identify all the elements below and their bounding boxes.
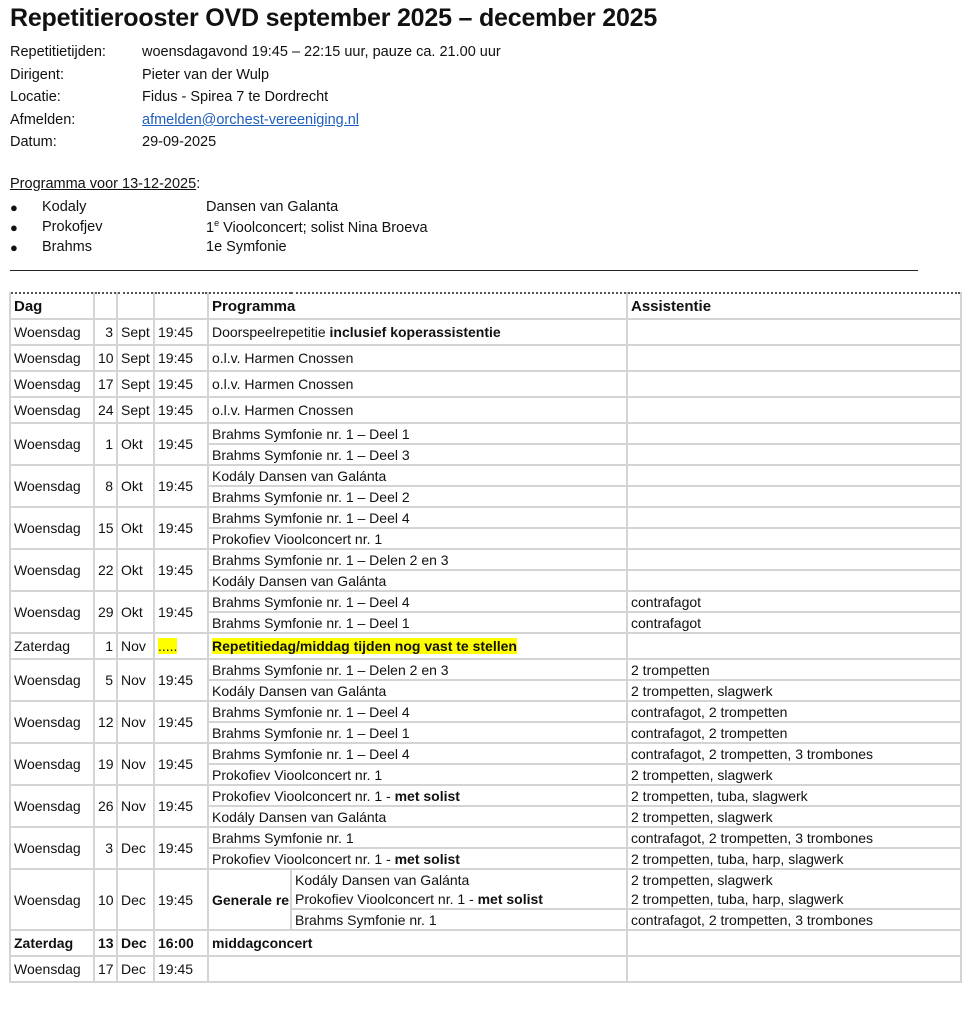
date-number-cell: 29 [94, 591, 117, 633]
assist-cell: 2 trompetten, slagwerk [627, 680, 961, 701]
time-text: 19:45 [158, 756, 193, 772]
programme-text: Brahms Symfonie nr. 1 – Deel 1 [212, 725, 410, 741]
time-cell: 19:45 [154, 591, 208, 633]
programme-cell: Brahms Symfonie nr. 1 – Deel 4 [208, 743, 627, 764]
programme-heading: Programma voor 13-12-2025: [10, 176, 200, 192]
day-cell: Woensdag [10, 827, 94, 869]
table-row: Woensdag1Okt19:45Brahms Symfonie nr. 1 –… [10, 423, 961, 444]
programme-item: ● Prokofjev 1e Vioolconcert; solist Nina… [10, 217, 428, 237]
date-number-cell: 19 [94, 743, 117, 785]
programme-text: Prokofiev Vioolconcert nr. 1 [212, 531, 382, 547]
time-cell: 19:45 [154, 371, 208, 397]
day-cell: Woensdag [10, 371, 94, 397]
programme-text: o.l.v. Harmen Cnossen [212, 376, 353, 392]
assist-cell [627, 570, 961, 591]
time-text: ..... [158, 638, 177, 654]
date-number-cell: 26 [94, 785, 117, 827]
programme-text: Brahms Symfonie nr. 1 – Deel 4 [212, 594, 410, 610]
day-cell: Woensdag [10, 701, 94, 743]
date-number-cell: 17 [94, 956, 117, 982]
programme-text: o.l.v. Harmen Cnossen [212, 402, 353, 418]
month-cell: Nov [117, 743, 154, 785]
bullet-icon: ● [10, 220, 42, 235]
programme-cell: Brahms Symfonie nr. 1 – Deel 4 [208, 701, 627, 722]
assist-cell: contrafagot [627, 591, 961, 612]
header-assist: Assistentie [627, 293, 961, 319]
date-number-cell: 24 [94, 397, 117, 423]
day-cell: Woensdag [10, 869, 94, 930]
programme-text: Kodály Dansen van Galánta [212, 573, 386, 589]
table-row: Woensdag8Okt19:45Kodály Dansen van Galán… [10, 465, 961, 486]
programme-cell: Brahms Symfonie nr. 1 – Delen 2 en 3 [208, 659, 627, 680]
assist-cell [627, 486, 961, 507]
time-text: 19:45 [158, 376, 193, 392]
assist-cell [627, 423, 961, 444]
month-cell: Sept [117, 371, 154, 397]
header-month [117, 293, 154, 319]
assist-cell: contrafagot, 2 trompetten, 3 trombones [627, 743, 961, 764]
time-cell: 19:45 [154, 869, 208, 930]
month-cell: Sept [117, 345, 154, 371]
meta-label: Dirigent: [10, 67, 142, 83]
programme-cell: Brahms Symfonie nr. 1 – Deel 3 [208, 444, 627, 465]
time-cell: 19:45 [154, 507, 208, 549]
table-row: Woensdag17Dec19:45 [10, 956, 961, 982]
table-row: Woensdag5Nov19:45Brahms Symfonie nr. 1 –… [10, 659, 961, 680]
assist-cell: contrafagot [627, 612, 961, 633]
time-cell: 19:45 [154, 827, 208, 869]
work-title: Vioolconcert; solist Nina Broeva [219, 220, 427, 236]
bullet-icon: ● [10, 200, 42, 215]
table-row: Woensdag3Sept19:45Doorspeelrepetitie inc… [10, 319, 961, 345]
header-day: Dag [10, 293, 94, 319]
table-row: Woensdag24Sept19:45o.l.v. Harmen Cnossen [10, 397, 961, 423]
programme-cell: Prokofiev Vioolconcert nr. 1 - met solis… [291, 889, 627, 909]
time-cell: 19:45 [154, 956, 208, 982]
day-cell: Woensdag [10, 397, 94, 423]
programme-bold-text: Repetitiedag/middag tijden nog vast te s… [212, 638, 517, 654]
programme-text: Brahms Symfonie nr. 1 – Deel 2 [212, 489, 410, 505]
date-number-cell: 10 [94, 345, 117, 371]
time-cell: 19:45 [154, 785, 208, 827]
date-number-cell: 17 [94, 371, 117, 397]
assist-cell [627, 444, 961, 465]
programme-cell: Kodály Dansen van Galánta [291, 869, 627, 889]
time-text: 19:45 [158, 436, 193, 452]
work: Dansen van Galanta [206, 199, 338, 215]
table-row: Woensdag12Nov19:45Brahms Symfonie nr. 1 … [10, 701, 961, 722]
meta-block: Repetitietijden: woensdagavond 19:45 – 2… [10, 41, 501, 154]
time-text: 19:45 [158, 324, 193, 340]
meta-label: Afmelden: [10, 112, 142, 128]
time-cell: 19:45 [154, 397, 208, 423]
day-cell: Woensdag [10, 743, 94, 785]
programme-cell: Prokofiev Vioolconcert nr. 1 [208, 528, 627, 549]
time-cell: 19:45 [154, 549, 208, 591]
assist-cell [627, 549, 961, 570]
month-cell: Dec [117, 956, 154, 982]
time-text: 19:45 [158, 714, 193, 730]
meta-value: afmelden@orchest-vereeniging.nl [142, 112, 359, 128]
time-cell: 19:45 [154, 423, 208, 465]
programme-text: Brahms Symfonie nr. 1 – Deel 1 [212, 426, 410, 442]
month-cell: Nov [117, 701, 154, 743]
time-text: 19:45 [158, 350, 193, 366]
programme-cell: Brahms Symfonie nr. 1 – Deel 4 [208, 507, 627, 528]
programme-text: o.l.v. Harmen Cnossen [212, 350, 353, 366]
programme-cell: Prokofiev Vioolconcert nr. 1 - met solis… [208, 848, 627, 869]
group-label-cell: Generale repetitie [208, 869, 291, 930]
table-row: Woensdag3Dec19:45Brahms Symfonie nr. 1co… [10, 827, 961, 848]
programme-text: Brahms Symfonie nr. 1 – Deel 1 [212, 615, 410, 631]
programme-cell: Brahms Symfonie nr. 1 [291, 909, 627, 930]
month-cell: Okt [117, 591, 154, 633]
programme-text: Brahms Symfonie nr. 1 [212, 830, 354, 846]
assist-cell: contrafagot, 2 trompetten, 3 trombones [627, 909, 961, 930]
absence-email-link[interactable]: afmelden@orchest-vereeniging.nl [142, 112, 359, 128]
schedule-table: Dag Programma Assistentie Woensdag3Sept1… [9, 292, 962, 983]
table-row: Woensdag29Okt19:45Brahms Symfonie nr. 1 … [10, 591, 961, 612]
time-text: 19:45 [158, 562, 193, 578]
assist-cell [627, 633, 961, 659]
meta-label: Locatie: [10, 89, 142, 105]
date-number-cell: 1 [94, 423, 117, 465]
time-text: 19:45 [158, 840, 193, 856]
programme-text: Brahms Symfonie nr. 1 – Delen 2 en 3 [212, 552, 449, 568]
programme-text: Brahms Symfonie nr. 1 – Deel 4 [212, 746, 410, 762]
table-row: Woensdag10Sept19:45o.l.v. Harmen Cnossen [10, 345, 961, 371]
meta-value: woensdagavond 19:45 – 22:15 uur, pauze c… [142, 44, 501, 60]
time-cell: 19:45 [154, 345, 208, 371]
date-number-cell: 1 [94, 633, 117, 659]
assist-cell [627, 956, 961, 982]
time-text: 19:45 [158, 604, 193, 620]
programme-text: Prokofiev Vioolconcert nr. 1 - [295, 891, 478, 907]
date-number-cell: 5 [94, 659, 117, 701]
assist-cell [627, 507, 961, 528]
meta-value: Pieter van der Wulp [142, 67, 269, 83]
meta-label: Datum: [10, 134, 142, 150]
programme-text: Brahms Symfonie nr. 1 [295, 912, 437, 928]
programme-item: ● Brahms 1e Symfonie [10, 237, 428, 257]
programme-cell: Brahms Symfonie nr. 1 – Deel 2 [208, 486, 627, 507]
programme-bold-text: met solist [395, 851, 460, 867]
programme-text: Doorspeelrepetitie [212, 324, 330, 340]
day-cell: Zaterdag [10, 633, 94, 659]
assist-cell [627, 345, 961, 371]
programme-text: Brahms Symfonie nr. 1 – Deel 3 [212, 447, 410, 463]
assist-cell: 2 trompetten, tuba, harp, slagwerk [627, 848, 961, 869]
programme-cell: Prokofiev Vioolconcert nr. 1 - met solis… [208, 785, 627, 806]
date-number-cell: 15 [94, 507, 117, 549]
assist-cell [627, 371, 961, 397]
assist-cell [627, 397, 961, 423]
date-number-cell: 10 [94, 869, 117, 930]
meta-rehearsal-times: Repetitietijden: woensdagavond 19:45 – 2… [10, 41, 501, 64]
work-number: 1 [206, 220, 214, 236]
programme-text: Kodály Dansen van Galánta [295, 872, 469, 888]
programme-cell: Brahms Symfonie nr. 1 – Deel 1 [208, 423, 627, 444]
programme-text: Brahms Symfonie nr. 1 – Deel 4 [212, 704, 410, 720]
meta-value: Fidus - Spirea 7 te Dordrecht [142, 89, 328, 105]
programme-cell: middagconcert [208, 930, 627, 956]
work: 1e Symfonie [206, 239, 287, 255]
month-cell: Okt [117, 423, 154, 465]
time-cell: 19:45 [154, 659, 208, 701]
day-cell: Zaterdag [10, 930, 94, 956]
programme-text: Brahms Symfonie nr. 1 – Deel 4 [212, 510, 410, 526]
programme-cell: Repetitiedag/middag tijden nog vast te s… [208, 633, 627, 659]
meta-location: Locatie: Fidus - Spirea 7 te Dordrecht [10, 86, 501, 109]
assist-cell: contrafagot, 2 trompetten [627, 701, 961, 722]
date-number-cell: 3 [94, 319, 117, 345]
time-cell: 19:45 [154, 465, 208, 507]
time-text: 19:45 [158, 402, 193, 418]
date-number-cell: 12 [94, 701, 117, 743]
month-cell: Okt [117, 507, 154, 549]
header-num [94, 293, 117, 319]
month-cell: Nov [117, 633, 154, 659]
programme-bold-text: met solist [395, 788, 460, 804]
programme-cell: o.l.v. Harmen Cnossen [208, 371, 627, 397]
assist-cell [627, 528, 961, 549]
day-cell: Woensdag [10, 345, 94, 371]
day-cell: Woensdag [10, 591, 94, 633]
programme-cell: o.l.v. Harmen Cnossen [208, 397, 627, 423]
month-cell: Dec [117, 827, 154, 869]
programme-cell: Kodály Dansen van Galánta [208, 680, 627, 701]
programme-text: Kodály Dansen van Galánta [212, 683, 386, 699]
table-row: Zaterdag1Nov.....Repetitiedag/middag tij… [10, 633, 961, 659]
programme-cell: Brahms Symfonie nr. 1 – Deel 1 [208, 722, 627, 743]
month-cell: Nov [117, 659, 154, 701]
time-text: 16:00 [158, 935, 194, 951]
month-cell: Sept [117, 319, 154, 345]
programme-heading-suffix: : [196, 176, 200, 192]
assist-cell: contrafagot, 2 trompetten [627, 722, 961, 743]
programme-cell: Kodály Dansen van Galánta [208, 465, 627, 486]
table-row: Woensdag10Dec19:45Generale repetitieKodá… [10, 869, 961, 889]
composer: Prokofjev [42, 219, 206, 235]
day-cell: Woensdag [10, 507, 94, 549]
programme-cell: Brahms Symfonie nr. 1 – Delen 2 en 3 [208, 549, 627, 570]
day-cell: Woensdag [10, 549, 94, 591]
work: 1e Vioolconcert; solist Nina Broeva [206, 218, 428, 236]
table-row: Woensdag15Okt19:45Brahms Symfonie nr. 1 … [10, 507, 961, 528]
assist-cell: contrafagot, 2 trompetten, 3 trombones [627, 827, 961, 848]
month-cell: Nov [117, 785, 154, 827]
time-text: 19:45 [158, 672, 193, 688]
programme-cell: Kodály Dansen van Galánta [208, 570, 627, 591]
table-header-row: Dag Programma Assistentie [10, 293, 961, 319]
day-cell: Woensdag [10, 956, 94, 982]
table-row: Woensdag26Nov19:45Prokofiev Vioolconcert… [10, 785, 961, 806]
programme-cell: Prokofiev Vioolconcert nr. 1 [208, 764, 627, 785]
programme-cell: Brahms Symfonie nr. 1 – Deel 1 [208, 612, 627, 633]
table-row: Woensdag19Nov19:45Brahms Symfonie nr. 1 … [10, 743, 961, 764]
programme-bold-text: inclusief koperassistentie [330, 324, 501, 340]
month-cell: Dec [117, 869, 154, 930]
time-text: 19:45 [158, 520, 193, 536]
time-cell: 16:00 [154, 930, 208, 956]
time-text: 19:45 [158, 798, 193, 814]
meta-conductor: Dirigent: Pieter van der Wulp [10, 64, 501, 87]
header-time [154, 293, 208, 319]
programme-text: Kodály Dansen van Galánta [212, 809, 386, 825]
programme-cell: o.l.v. Harmen Cnossen [208, 345, 627, 371]
programme-cell: Brahms Symfonie nr. 1 [208, 827, 627, 848]
date-number-cell: 8 [94, 465, 117, 507]
day-cell: Woensdag [10, 319, 94, 345]
assist-cell [627, 319, 961, 345]
date-number-cell: 22 [94, 549, 117, 591]
time-text: 19:45 [158, 961, 193, 977]
time-text: 19:45 [158, 478, 193, 494]
assist-cell: 2 trompetten, slagwerk [627, 869, 961, 889]
programme-text: Kodály Dansen van Galánta [212, 468, 386, 484]
programme-cell [208, 956, 627, 982]
programme-bold-text: middagconcert [212, 935, 312, 951]
month-cell: Sept [117, 397, 154, 423]
document-title: Repetitierooster OVD september 2025 – de… [10, 4, 657, 33]
programme-text: Prokofiev Vioolconcert nr. 1 - [212, 851, 395, 867]
month-cell: Dec [117, 930, 154, 956]
meta-absence: Afmelden: afmelden@orchest-vereeniging.n… [10, 109, 501, 132]
programme-cell: Brahms Symfonie nr. 1 – Deel 4 [208, 591, 627, 612]
separator-line [10, 270, 918, 271]
day-cell: Woensdag [10, 465, 94, 507]
header-programme: Programma [208, 293, 627, 319]
time-text: 19:45 [158, 892, 193, 908]
programme-text: Prokofiev Vioolconcert nr. 1 [212, 767, 382, 783]
month-cell: Okt [117, 549, 154, 591]
assist-cell: 2 trompetten, slagwerk [627, 764, 961, 785]
date-number-cell: 3 [94, 827, 117, 869]
assist-cell: 2 trompetten [627, 659, 961, 680]
day-cell: Woensdag [10, 423, 94, 465]
day-cell: Woensdag [10, 659, 94, 701]
meta-date: Datum: 29-09-2025 [10, 131, 501, 154]
month-cell: Okt [117, 465, 154, 507]
programme-text: Prokofiev Vioolconcert nr. 1 - [212, 788, 395, 804]
meta-value: 29-09-2025 [142, 134, 216, 150]
composer: Brahms [42, 239, 206, 255]
programme-text: Brahms Symfonie nr. 1 – Delen 2 en 3 [212, 662, 449, 678]
table-row: Woensdag22Okt19:45Brahms Symfonie nr. 1 … [10, 549, 961, 570]
programme-bold-text: met solist [478, 891, 543, 907]
assist-cell: 2 trompetten, tuba, harp, slagwerk [627, 889, 961, 909]
table-row: Woensdag17Sept19:45o.l.v. Harmen Cnossen [10, 371, 961, 397]
time-cell: 19:45 [154, 701, 208, 743]
assist-cell: 2 trompetten, slagwerk [627, 806, 961, 827]
time-cell: 19:45 [154, 319, 208, 345]
programme-list: ● Kodaly Dansen van Galanta ● Prokofjev … [10, 197, 428, 257]
time-cell: ..... [154, 633, 208, 659]
composer: Kodaly [42, 199, 206, 215]
day-cell: Woensdag [10, 785, 94, 827]
assist-cell: 2 trompetten, tuba, slagwerk [627, 785, 961, 806]
time-cell: 19:45 [154, 743, 208, 785]
assist-cell [627, 930, 961, 956]
programme-item: ● Kodaly Dansen van Galanta [10, 197, 428, 217]
bullet-icon: ● [10, 240, 42, 255]
date-number-cell: 13 [94, 930, 117, 956]
programme-cell: Doorspeelrepetitie inclusief koperassist… [208, 319, 627, 345]
meta-label: Repetitietijden: [10, 44, 142, 60]
programme-cell: Kodály Dansen van Galánta [208, 806, 627, 827]
programme-heading-text: Programma voor 13-12-2025 [10, 176, 196, 192]
assist-cell [627, 465, 961, 486]
table-row: Zaterdag13Dec16:00middagconcert [10, 930, 961, 956]
